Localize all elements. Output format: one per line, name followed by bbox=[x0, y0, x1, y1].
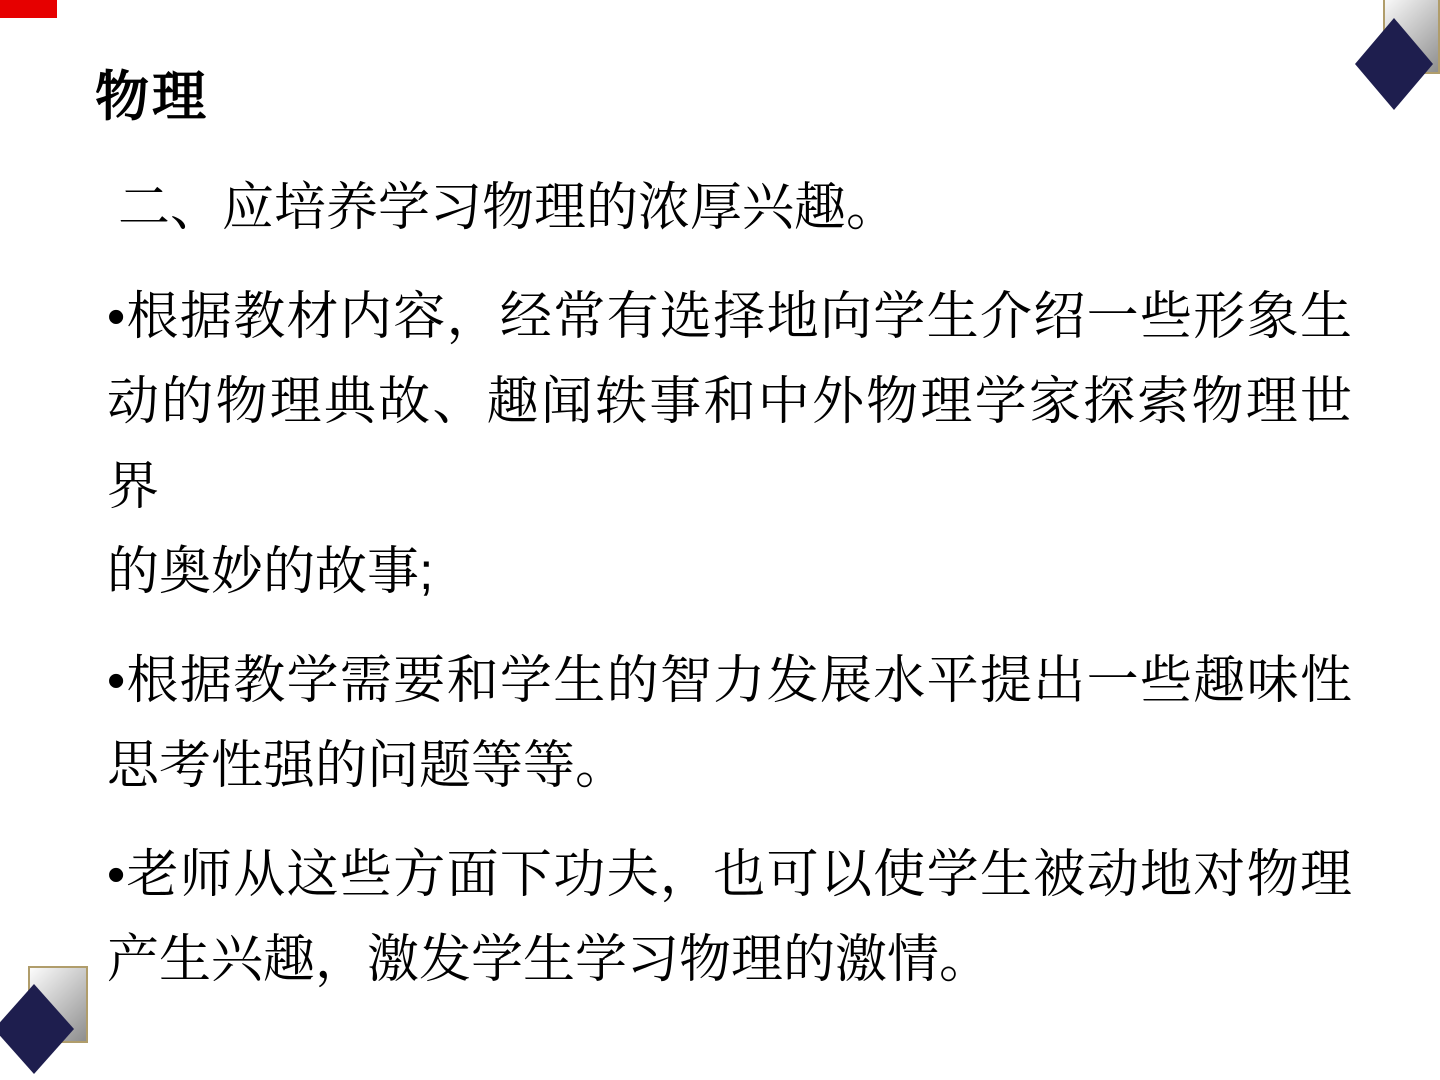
text-line: •老师从这些方面下功夫，也可以使学生被动地对物理 bbox=[107, 833, 1352, 918]
text-line: 动的物理典故、趣闻轶事和中外物理学家探索物理世界 bbox=[107, 360, 1352, 530]
text-line: 思考性强的问题等等。 bbox=[107, 724, 1352, 809]
bullet-paragraph: •根据教学需要和学生的智力发展水平提出一些趣味性思考性强的问题等等。 bbox=[107, 639, 1352, 809]
bullet-paragraph: •老师从这些方面下功夫，也可以使学生被动地对物理产生兴趣，激发学生学习物理的激情… bbox=[107, 833, 1352, 1003]
section-heading: 二、应培养学习物理的浓厚兴趣。 bbox=[107, 166, 1352, 251]
red-corner-mark bbox=[0, 0, 57, 18]
bullet-paragraph: •根据教材内容，经常有选择地向学生介绍一些形象生动的物理典故、趣闻轶事和中外物理… bbox=[107, 275, 1352, 615]
text-line: 产生兴趣，激发学生学习物理的激情。 bbox=[107, 918, 1352, 1003]
body-paragraphs: •根据教材内容，经常有选择地向学生介绍一些形象生动的物理典故、趣闻轶事和中外物理… bbox=[107, 275, 1352, 1003]
presentation-slide: 物理 二、应培养学习物理的浓厚兴趣。 •根据教材内容，经常有选择地向学生介绍一些… bbox=[0, 0, 1440, 1080]
text-line: •根据教材内容，经常有选择地向学生介绍一些形象生 bbox=[107, 275, 1352, 360]
text-line: •根据教学需要和学生的智力发展水平提出一些趣味性 bbox=[107, 639, 1352, 724]
slide-title: 物理 bbox=[95, 68, 209, 127]
text-line: 的奥妙的故事; bbox=[107, 530, 1352, 615]
slide-body: 二、应培养学习物理的浓厚兴趣。 •根据教材内容，经常有选择地向学生介绍一些形象生… bbox=[107, 166, 1352, 1003]
